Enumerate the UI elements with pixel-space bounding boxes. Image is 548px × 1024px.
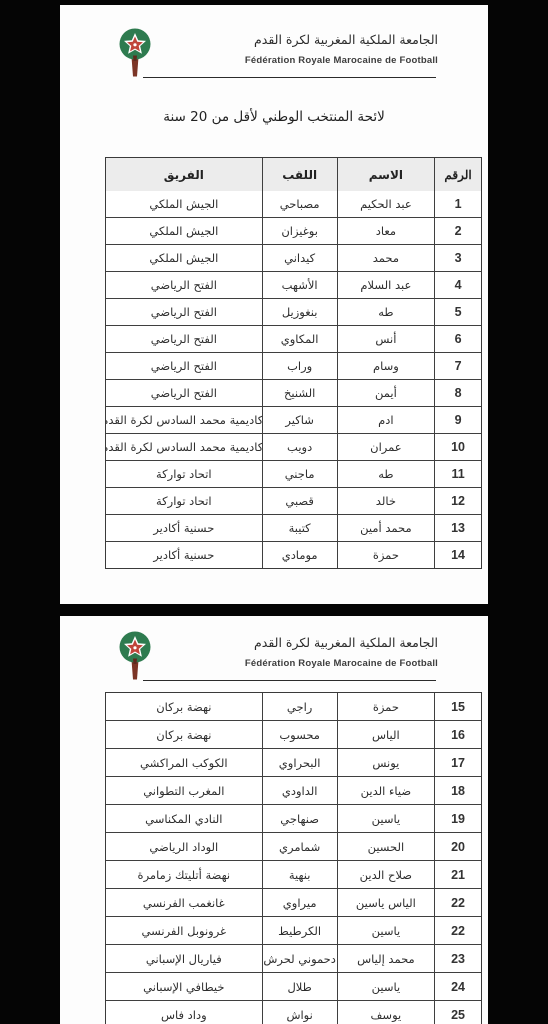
number-cell: 17: [434, 749, 481, 776]
team-cell: نهضة أتليتك زمامرة: [106, 861, 262, 888]
name-cell: حمزة: [337, 693, 435, 720]
team-cell: الجيش الملكي: [106, 218, 262, 244]
document-page-2: الجامعة الملكية المغربية لكرة القدم Fédé…: [60, 616, 488, 1024]
surname-cell: دويب: [262, 434, 337, 460]
name-cell: يونس: [337, 749, 435, 776]
table-row: الكوكب المراكشيالبحراوييونس17: [106, 748, 481, 776]
name-cell: ياسين: [337, 917, 435, 944]
name-cell: طه: [337, 299, 435, 325]
number-cell: 4: [434, 272, 481, 298]
surname-cell: كتيبة: [262, 515, 337, 541]
table-row: اتحاد تواركةماجنيطه11: [106, 460, 481, 487]
surname-cell: طلال: [262, 973, 337, 1000]
header-cell-team: الفريق: [106, 158, 262, 191]
federation-french-title: Fédération Royale Marocaine de Football: [245, 658, 438, 669]
number-cell: 13: [434, 515, 481, 541]
name-cell: محمد أمين: [337, 515, 435, 541]
table-row: المغرب التطوانيالداوديضياء الدين18: [106, 776, 481, 804]
name-cell: أنس: [337, 326, 435, 352]
surname-cell: الكرطيط: [262, 917, 337, 944]
team-cell: نهضة بركان: [106, 721, 262, 748]
surname-cell: مومادي: [262, 542, 337, 568]
name-cell: خالد: [337, 488, 435, 514]
number-cell: 19: [434, 805, 481, 832]
table-row: نهضة بركانراجيحمزة15: [106, 693, 481, 720]
team-cell: الجيش الملكي: [106, 245, 262, 271]
name-cell: طه: [337, 461, 435, 487]
federation-logo-icon: [115, 630, 155, 682]
team-cell: نهضة بركان: [106, 693, 262, 720]
number-cell: 21: [434, 861, 481, 888]
header-cell-number: الرقم: [434, 158, 481, 191]
surname-cell: بوغيزان: [262, 218, 337, 244]
surname-cell: وراب: [262, 353, 337, 379]
players-table-page1: الفريق اللقب الاسم الرقم الجيش الملكيمصب…: [105, 157, 482, 569]
number-cell: 11: [434, 461, 481, 487]
team-cell: الكوكب المراكشي: [106, 749, 262, 776]
surname-cell: قصبي: [262, 488, 337, 514]
team-cell: غرونوبل الفرنسي: [106, 917, 262, 944]
surname-cell: شمامري: [262, 833, 337, 860]
name-cell: وسام: [337, 353, 435, 379]
name-cell: ياسين: [337, 973, 435, 1000]
name-cell: عمران: [337, 434, 435, 460]
players-table-page2: نهضة بركانراجيحمزة15نهضة بركانمحسوبالياس…: [105, 692, 482, 1024]
document-page-1: الجامعة الملكية المغربية لكرة القدم Fédé…: [60, 5, 488, 604]
team-cell: اتحاد تواركة: [106, 461, 262, 487]
team-cell: فياريال الإسباني: [106, 945, 262, 972]
name-cell: الياس: [337, 721, 435, 748]
number-cell: 12: [434, 488, 481, 514]
header-cell-name: الاسم: [337, 158, 435, 191]
surname-cell: دحموني لحرش: [262, 945, 337, 972]
surname-cell: شاكير: [262, 407, 337, 433]
table-row: فياريال الإسبانيدحموني لحرشمحمد إلياس23: [106, 944, 481, 972]
surname-cell: كيداني: [262, 245, 337, 271]
number-cell: 22: [434, 889, 481, 916]
table-row: اتحاد تواركةقصبيخالد12: [106, 487, 481, 514]
surname-cell: الداودي: [262, 777, 337, 804]
surname-cell: ماجني: [262, 461, 337, 487]
team-cell: الفتح الرياضي: [106, 326, 262, 352]
header-divider: [143, 77, 436, 78]
document-viewer: { "header": { "arabic_title": "الجامعة ا…: [0, 0, 548, 1024]
surname-cell: مصباحي: [262, 191, 337, 217]
table-body-page2: نهضة بركانراجيحمزة15نهضة بركانمحسوبالياس…: [106, 693, 481, 1024]
table-row: الفتح الرياضيالمكاويأنس6: [106, 325, 481, 352]
table-row: نهضة بركانمحسوبالياس16: [106, 720, 481, 748]
name-cell: ياسين: [337, 805, 435, 832]
name-cell: حمزة: [337, 542, 435, 568]
number-cell: 2: [434, 218, 481, 244]
table-row: غرونوبل الفرنسيالكرطيطياسين22: [106, 916, 481, 944]
surname-cell: بنهية: [262, 861, 337, 888]
surname-cell: المكاوي: [262, 326, 337, 352]
name-cell: صلاح الدين: [337, 861, 435, 888]
table-row: أكاديمية محمد السادس لكرة القدمدويبعمران…: [106, 433, 481, 460]
name-cell: ضياء الدين: [337, 777, 435, 804]
table-row: غانغمب الفرنسيميراويالياس ياسين22: [106, 888, 481, 916]
table-row: الفتح الرياضيبنغوزيلطه5: [106, 298, 481, 325]
table-header-row: الفريق اللقب الاسم الرقم: [106, 158, 481, 191]
team-cell: النادي المكناسي: [106, 805, 262, 832]
number-cell: 3: [434, 245, 481, 271]
surname-cell: محسوب: [262, 721, 337, 748]
table-row: الوداد الرياضيشمامريالحسين20: [106, 832, 481, 860]
team-cell: الفتح الرياضي: [106, 380, 262, 406]
table-row: حسنية أكاديركتيبةمحمد أمين13: [106, 514, 481, 541]
number-cell: 9: [434, 407, 481, 433]
table-row: الجيش الملكيبوغيزانمعاد2: [106, 217, 481, 244]
number-cell: 16: [434, 721, 481, 748]
team-cell: حسنية أكادير: [106, 515, 262, 541]
name-cell: محمد إلياس: [337, 945, 435, 972]
number-cell: 1: [434, 191, 481, 217]
header-cell-surname: اللقب: [262, 158, 337, 191]
surname-cell: صنهاجي: [262, 805, 337, 832]
number-cell: 15: [434, 693, 481, 720]
name-cell: عبد السلام: [337, 272, 435, 298]
name-cell: الياس ياسين: [337, 889, 435, 916]
surname-cell: نواش: [262, 1001, 337, 1024]
table-row: أكاديمية محمد السادس لكرة القدمشاكيرادم9: [106, 406, 481, 433]
number-cell: 23: [434, 945, 481, 972]
federation-logo-icon: [115, 27, 155, 79]
name-cell: أيمن: [337, 380, 435, 406]
table-row: الفتح الرياضيالأشهبعبد السلام4: [106, 271, 481, 298]
number-cell: 10: [434, 434, 481, 460]
team-cell: أكاديمية محمد السادس لكرة القدم: [106, 407, 262, 433]
federation-arabic-title: الجامعة الملكية المغربية لكرة القدم: [245, 32, 438, 47]
table-row: الجيش الملكيكيدانيمحمد3: [106, 244, 481, 271]
table-row: النادي المكناسيصنهاجيياسين19: [106, 804, 481, 832]
federation-arabic-title: الجامعة الملكية المغربية لكرة القدم: [245, 635, 438, 650]
number-cell: 22: [434, 917, 481, 944]
team-cell: خيطافي الإسباني: [106, 973, 262, 1000]
number-cell: 24: [434, 973, 481, 1000]
number-cell: 25: [434, 1001, 481, 1024]
name-cell: ادم: [337, 407, 435, 433]
team-cell: أكاديمية محمد السادس لكرة القدم: [106, 434, 262, 460]
table-row: وداد فاسنواشيوسف25: [106, 1000, 481, 1024]
table-row: الفتح الرياضيورابوسام7: [106, 352, 481, 379]
federation-french-title: Fédération Royale Marocaine de Football: [245, 55, 438, 66]
table-row: حسنية أكاديرموماديحمزة14: [106, 541, 481, 568]
name-cell: معاد: [337, 218, 435, 244]
team-cell: الفتح الرياضي: [106, 272, 262, 298]
table-row: الجيش الملكيمصباحيعبد الحكيم1: [106, 191, 481, 217]
surname-cell: ميراوي: [262, 889, 337, 916]
team-cell: حسنية أكادير: [106, 542, 262, 568]
number-cell: 14: [434, 542, 481, 568]
team-cell: غانغمب الفرنسي: [106, 889, 262, 916]
name-cell: يوسف: [337, 1001, 435, 1024]
name-cell: محمد: [337, 245, 435, 271]
surname-cell: الشنيخ: [262, 380, 337, 406]
name-cell: الحسين: [337, 833, 435, 860]
surname-cell: بنغوزيل: [262, 299, 337, 325]
table-row: نهضة أتليتك زمامرةبنهيةصلاح الدين21: [106, 860, 481, 888]
team-cell: وداد فاس: [106, 1001, 262, 1024]
team-cell: المغرب التطواني: [106, 777, 262, 804]
table-body-page1: الجيش الملكيمصباحيعبد الحكيم1الجيش الملك…: [106, 191, 481, 568]
number-cell: 6: [434, 326, 481, 352]
federation-header: الجامعة الملكية المغربية لكرة القدم Fédé…: [245, 635, 438, 669]
surname-cell: راجي: [262, 693, 337, 720]
number-cell: 20: [434, 833, 481, 860]
number-cell: 7: [434, 353, 481, 379]
document-title: لائحة المنتخب الوطني لأقل من 20 سنة: [60, 109, 488, 125]
header-divider: [143, 680, 436, 681]
table-row: خيطافي الإسبانيطلالياسين24: [106, 972, 481, 1000]
team-cell: الفتح الرياضي: [106, 299, 262, 325]
team-cell: الجيش الملكي: [106, 191, 262, 217]
team-cell: الفتح الرياضي: [106, 353, 262, 379]
team-cell: الوداد الرياضي: [106, 833, 262, 860]
team-cell: اتحاد تواركة: [106, 488, 262, 514]
federation-header: الجامعة الملكية المغربية لكرة القدم Fédé…: [245, 32, 438, 66]
surname-cell: الأشهب: [262, 272, 337, 298]
surname-cell: البحراوي: [262, 749, 337, 776]
number-cell: 5: [434, 299, 481, 325]
number-cell: 18: [434, 777, 481, 804]
table-row: الفتح الرياضيالشنيخأيمن8: [106, 379, 481, 406]
name-cell: عبد الحكيم: [337, 191, 435, 217]
number-cell: 8: [434, 380, 481, 406]
